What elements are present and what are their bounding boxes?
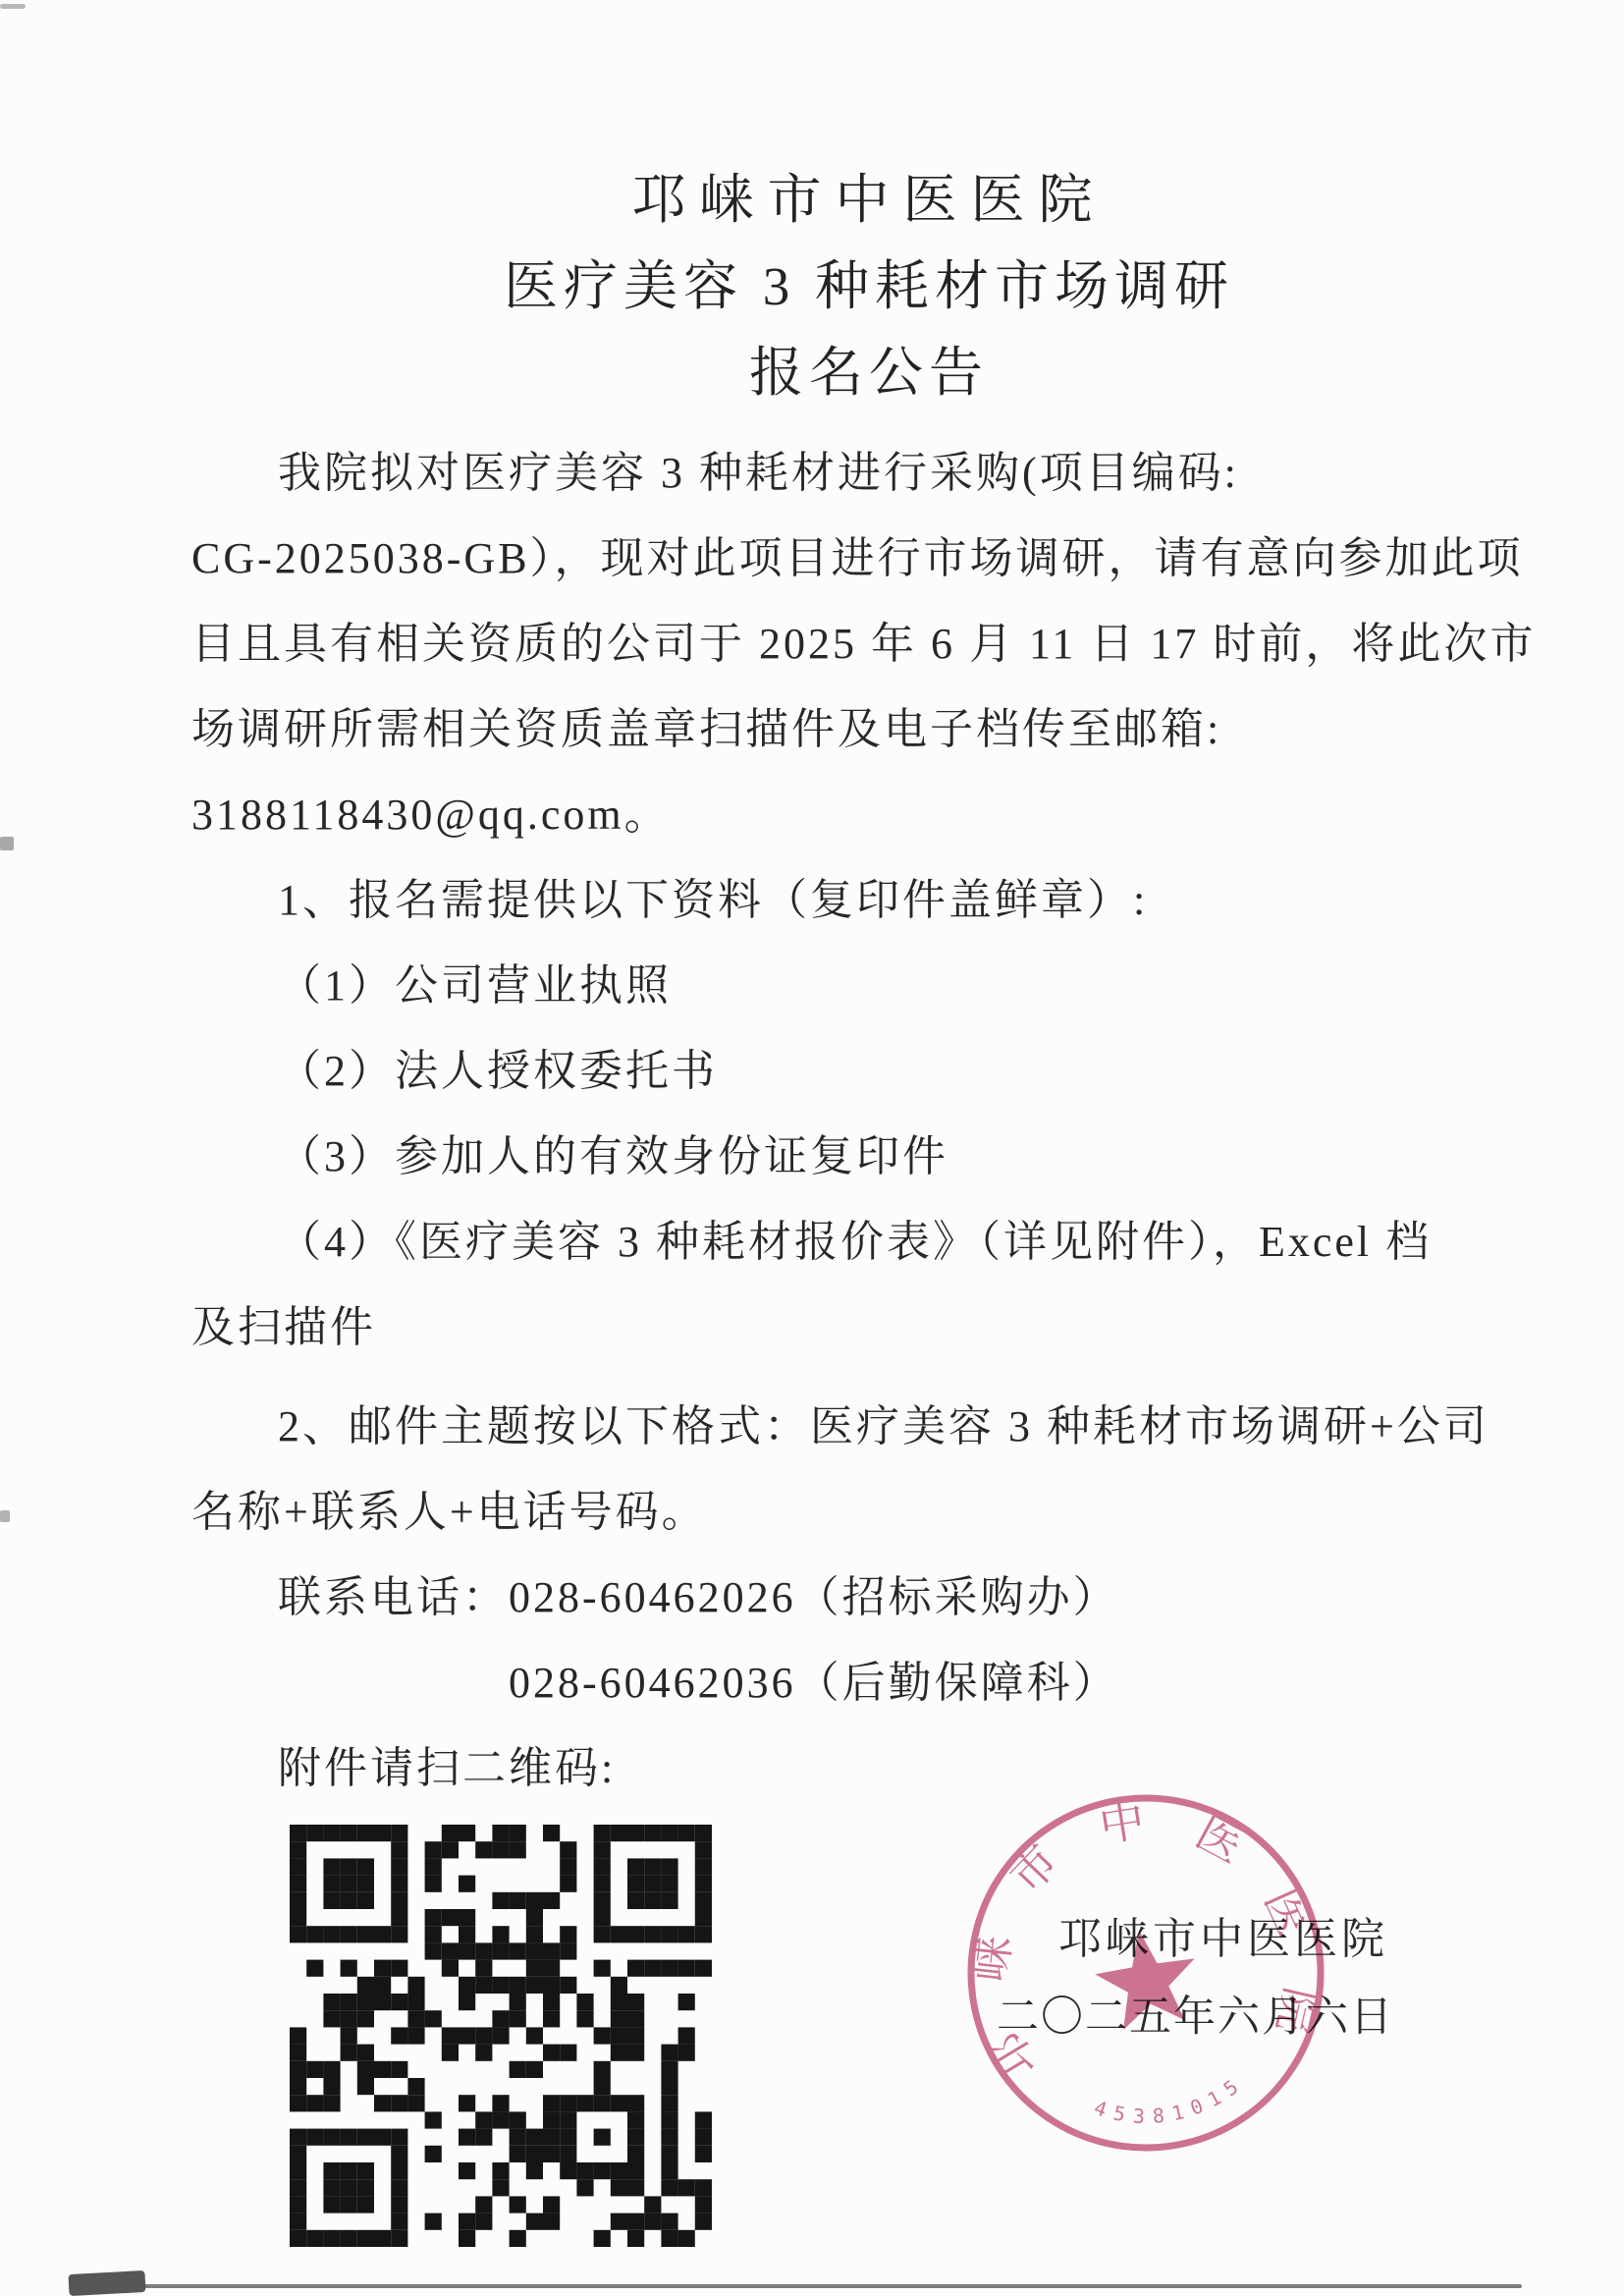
body-line-1: 我院拟对医疗美容 3 种耗材进行采购(项目编码: [191,430,1468,516]
svg-text:3: 3 [1132,2104,1145,2128]
official-seal: 邛崃市中医医院 51018354 [927,1754,1365,2192]
svg-text:1: 1 [1204,2086,1225,2112]
svg-text:1: 1 [1169,2100,1186,2125]
contact-phone-2: 028-60462036（后勤保障科） [191,1640,1468,1725]
svg-text:医: 医 [1188,1807,1252,1873]
list-1-heading: 1、报名需提供以下资料（复印件盖鲜章）: [191,857,1468,943]
svg-text:0: 0 [1187,2094,1207,2120]
scan-artifact [0,4,26,9]
scan-artifact [68,2270,145,2296]
list-1-item-4-cont: 及扫描件 [191,1285,1468,1370]
title-block: 邛崃市中医医院 医疗美容 3 种耗材市场调研 报名公告 [187,157,1551,416]
document-page: 邛崃市中医医院 医疗美容 3 种耗材市场调研 报名公告 我院拟对医疗美容 3 种… [0,0,1624,2296]
svg-text:5: 5 [1218,2075,1242,2101]
svg-text:医: 医 [1255,1882,1319,1943]
scan-artifact [0,1510,10,1522]
body-line-3: 目且具有相关资质的公司于 2025 年 6 月 11 日 17 时前，将此次市 [191,601,1468,686]
svg-text:8: 8 [1152,2104,1165,2128]
body-line-2: CG-2025038-GB），现对此项目进行市场调研，请有意向参加此项 [191,516,1468,601]
svg-text:邛: 邛 [981,2023,1047,2088]
scan-artifact [86,2284,1522,2288]
star-icon [1089,1923,1204,2034]
svg-text:5: 5 [1111,2101,1127,2126]
body-line-email: 3188118430@qq.com。 [191,772,1468,857]
qr-code [290,1825,712,2247]
list-1-item-4: （4）《医疗美容 3 种耗材报价表》（详见附件），Excel 档 [191,1199,1468,1285]
body-text: 我院拟对医疗美容 3 种耗材进行采购(项目编码: CG-2025038-GB），… [191,430,1468,1811]
list-1-item-1: （1）公司营业执照 [191,943,1468,1028]
list-1-item-3: （3）参加人的有效身份证复印件 [191,1114,1468,1199]
document-title-notice: 报名公告 [187,330,1551,416]
svg-text:崃: 崃 [965,1934,1020,1984]
list-2-cont: 名称+联系人+电话号码。 [191,1469,1468,1555]
list-2-heading: 2、邮件主题按以下格式：医疗美容 3 种耗材市场调研+公司 [191,1384,1468,1469]
list-1-item-2: （2）法人授权委托书 [191,1028,1468,1114]
svg-text:市: 市 [1001,1835,1068,1902]
body-line-4: 场调研所需相关资质盖章扫描件及电子档传至邮箱: [191,686,1468,772]
svg-text:院: 院 [1268,1983,1326,2038]
svg-text:中: 中 [1096,1795,1148,1852]
contact-phone-1: 联系电话：028-60462026（招标采购办） [191,1555,1468,1640]
qr-code-image [290,1825,712,2247]
document-title-org: 邛崃市中医医院 [187,157,1551,244]
document-title-subject: 医疗美容 3 种耗材市场调研 [187,244,1551,330]
scan-artifact [0,837,14,850]
svg-text:4: 4 [1091,2096,1110,2122]
